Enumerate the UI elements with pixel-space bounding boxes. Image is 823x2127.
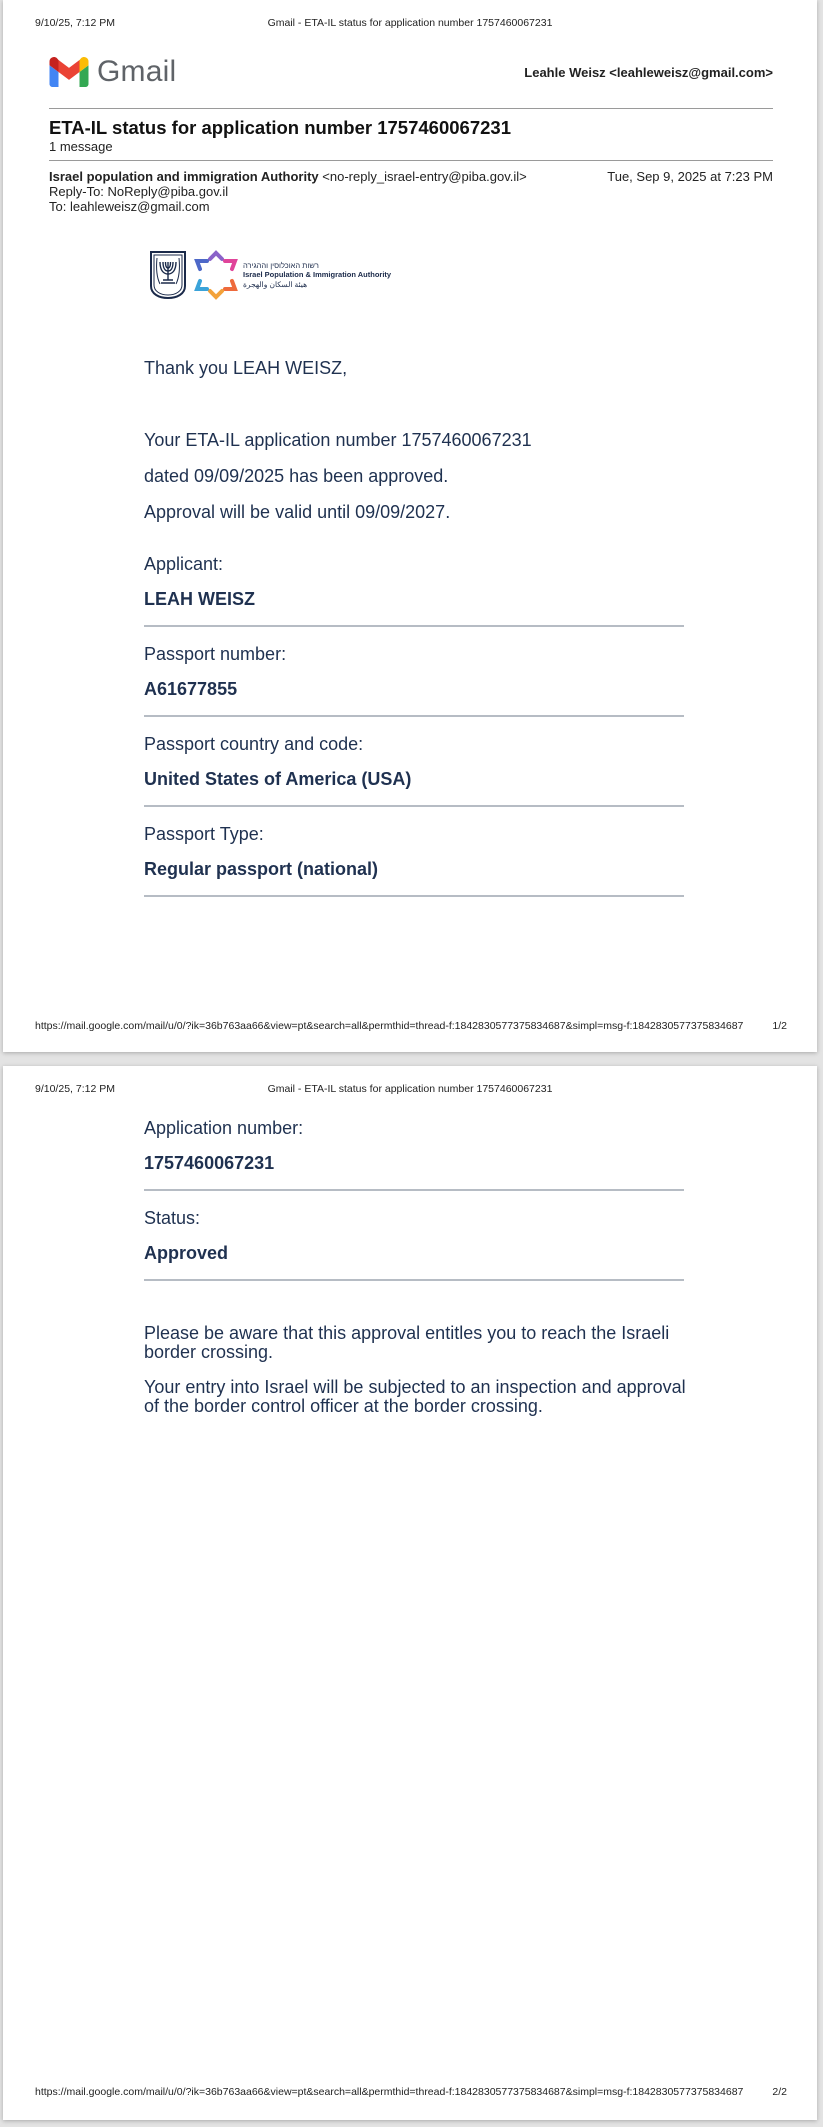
field-label: Passport number: [144, 644, 684, 665]
print-url: https://mail.google.com/mail/u/0/?ik=36b… [35, 1020, 743, 1032]
page-number: 1/2 [772, 1020, 787, 1032]
field-divider [144, 805, 684, 807]
state-emblem-icon [149, 250, 187, 300]
message-header: Israel population and immigration Author… [49, 169, 773, 214]
recipient: To: leahleweisz@gmail.com [49, 199, 773, 214]
field-label: Status: [144, 1208, 684, 1229]
field-value: LEAH WEISZ [144, 589, 684, 610]
authority-star-icon [193, 250, 239, 300]
page-number: 2/2 [772, 2086, 787, 2098]
field-value: United States of America (USA) [144, 769, 684, 790]
field-value: 1757460067231 [144, 1153, 684, 1174]
authority-name-english: Israel Population & Immigration Authorit… [243, 270, 391, 280]
divider [49, 160, 773, 161]
authority-logo: רשות האוכלוסין וההגירה Israel Population… [149, 250, 391, 300]
field-divider [144, 895, 684, 897]
field-label: Application number: [144, 1118, 684, 1139]
reply-to: Reply-To: NoReply@piba.gov.il [49, 184, 773, 199]
gmail-m-icon [49, 57, 89, 87]
authority-name-hebrew: רשות האוכלוסין וההגירה [243, 261, 391, 271]
print-page-1: 9/10/25, 7:12 PM Gmail - ETA-IL status f… [3, 0, 817, 1052]
field-label: Passport country and code: [144, 734, 684, 755]
authority-name-arabic: هيئة السكان والهجرة [243, 280, 391, 290]
field-divider [144, 715, 684, 717]
field-divider [144, 1189, 684, 1191]
status-value: Approved [144, 1243, 684, 1264]
field-status: Status: Approved [144, 1208, 684, 1281]
sent-date: Tue, Sep 9, 2025 at 7:23 PM [607, 169, 773, 184]
authority-name: רשות האוכלוסין וההגירה Israel Population… [243, 261, 391, 290]
gmail-logo: Gmail [49, 55, 176, 89]
print-url: https://mail.google.com/mail/u/0/?ik=36b… [35, 2086, 743, 2098]
field-application-number: Application number: 1757460067231 [144, 1118, 684, 1191]
greeting: Thank you LEAH WEISZ, [144, 358, 347, 379]
field-value: A61677855 [144, 679, 684, 700]
sender-name: Israel population and immigration Author… [49, 169, 319, 184]
notice-border-crossing: Please be aware that this approval entit… [144, 1324, 689, 1362]
print-doc-title: Gmail - ETA-IL status for application nu… [3, 17, 817, 29]
field-label: Passport Type: [144, 824, 684, 845]
thread-subject: ETA-IL status for application number 175… [49, 117, 511, 139]
print-page-2: 9/10/25, 7:12 PM Gmail - ETA-IL status f… [3, 1066, 817, 2120]
approval-line-3: Approval will be valid until 09/09/2027. [144, 502, 450, 523]
account-identity: Leahle Weisz <leahleweisz@gmail.com> [524, 65, 773, 80]
approval-line-1: Your ETA-IL application number 175746006… [144, 430, 532, 451]
field-passport-number: Passport number: A61677855 [144, 644, 684, 717]
divider [49, 108, 773, 109]
sender-email[interactable]: <no-reply_israel-entry@piba.gov.il> [322, 169, 526, 184]
field-divider [144, 1279, 684, 1281]
field-passport-country: Passport country and code: United States… [144, 734, 684, 807]
message-count: 1 message [49, 139, 113, 154]
field-label: Applicant: [144, 554, 684, 575]
field-passport-type: Passport Type: Regular passport (nationa… [144, 824, 684, 897]
field-divider [144, 625, 684, 627]
field-value: Regular passport (national) [144, 859, 684, 880]
notice-inspection: Your entry into Israel will be subjected… [144, 1378, 689, 1416]
print-doc-title: Gmail - ETA-IL status for application nu… [3, 1083, 817, 1095]
field-applicant: Applicant: LEAH WEISZ [144, 554, 684, 627]
approval-line-2: dated 09/09/2025 has been approved. [144, 466, 448, 487]
gmail-wordmark: Gmail [97, 55, 176, 89]
